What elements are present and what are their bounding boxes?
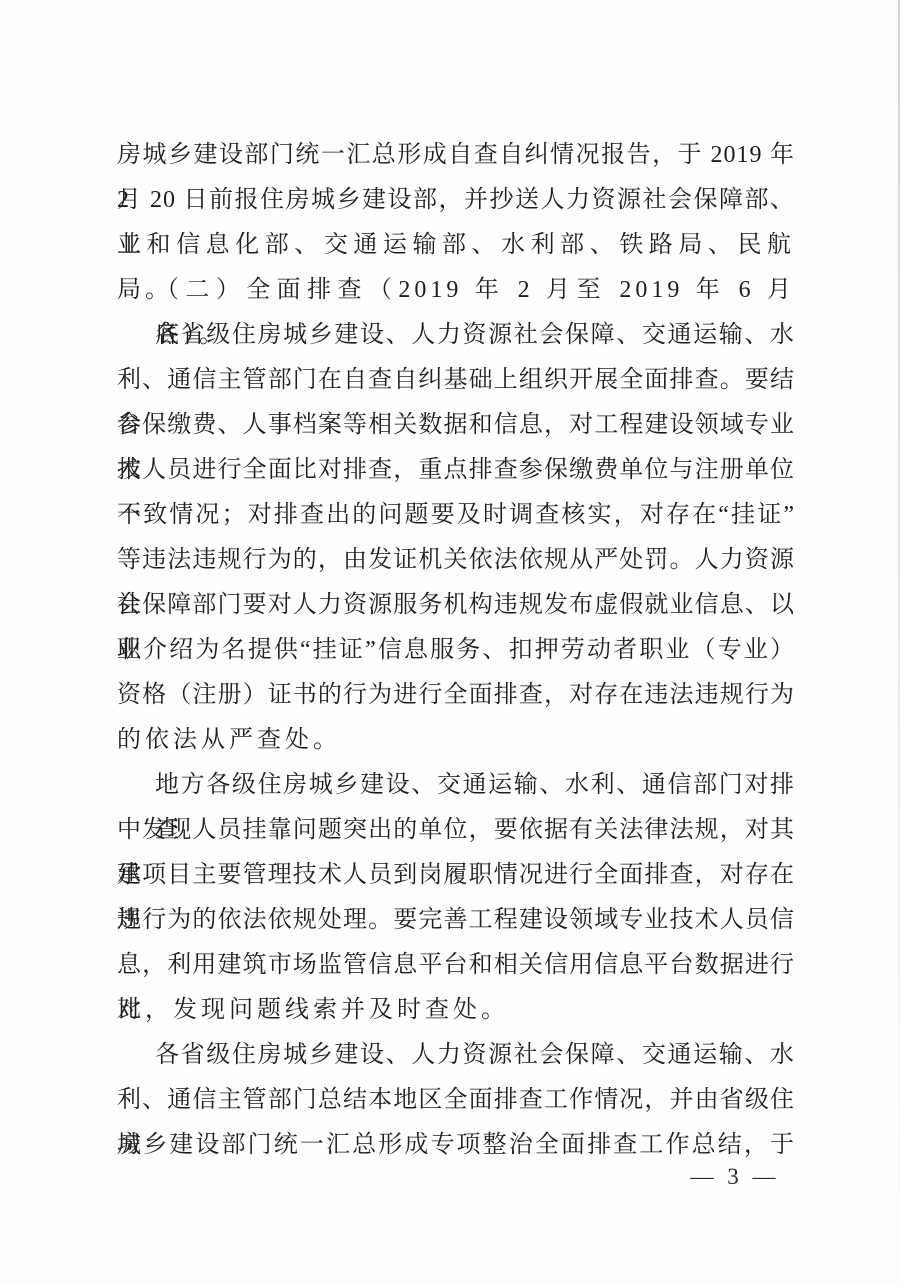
document-page: 房城乡建设部门统一汇总形成自查自纠情况报告，于 2019 年 2月 20 日前报… <box>0 0 900 1285</box>
text-line: 利、通信主管部门在自查自纠基础上组织开展全面排查。要结合 <box>117 358 795 403</box>
text-line: 业介绍为名提供“挂证”信息服务、扣押劳动者职业（专业） <box>117 628 795 673</box>
text-line: 术人员进行全面比对排查，重点排查参保缴费单位与注册单位不 <box>117 448 795 493</box>
text-line: 建项目主要管理技术人员到岗履职情况进行全面排查，对存在违 <box>117 853 795 898</box>
text-line: 各省级住房城乡建设、人力资源社会保障、交通运输、水 <box>117 313 795 358</box>
text-line: 等违法违规行为的，由发证机关依法依规从严处罚。人力资源社 <box>117 538 795 583</box>
text-line: 房城乡建设部门统一汇总形成自查自纠情况报告，于 2019 年 2 <box>117 133 795 178</box>
text-line: 对，发现问题线索并及时查处。 <box>117 988 795 1033</box>
text-line: 息，利用建筑市场监管信息平台和相关信用信息平台数据进行比 <box>117 943 795 988</box>
page-number: — 3 — <box>690 1162 780 1192</box>
text-line: 各省级住房城乡建设、人力资源社会保障、交通运输、水 <box>117 1033 795 1078</box>
section-heading: （二）全面排查（2019 年 2 月至 2019 年 6 月底）。 <box>117 268 795 313</box>
text-line: 资格（注册）证书的行为进行全面排查，对存在违法违规行为 <box>117 673 795 718</box>
document-text-block: 房城乡建设部门统一汇总形成自查自纠情况报告，于 2019 年 2月 20 日前报… <box>117 133 795 1168</box>
text-line: 规行为的依法依规处理。要完善工程建设领域专业技术人员信 <box>117 898 795 943</box>
text-line: 地方各级住房城乡建设、交通运输、水利、通信部门对排查 <box>117 763 795 808</box>
text-line: 业和信息化部、交通运输部、水利部、铁路局、民航局。 <box>117 223 795 268</box>
text-line: 一致情况；对排查出的问题要及时调查核实，对存在“挂证” <box>117 493 795 538</box>
text-line: 的依法从严查处。 <box>117 718 795 763</box>
text-line: 中发现人员挂靠问题突出的单位，要依据有关法律法规，对其承 <box>117 808 795 853</box>
text-line: 会保障部门要对人力资源服务机构违规发布虚假就业信息、以职 <box>117 583 795 628</box>
text-line: 利、通信主管部门总结本地区全面排查工作情况，并由省级住房 <box>117 1078 795 1123</box>
text-line: 参保缴费、人事档案等相关数据和信息，对工程建设领域专业技 <box>117 403 795 448</box>
text-line: 月 20 日前报住房城乡建设部，并抄送人力资源社会保障部、工 <box>117 178 795 223</box>
